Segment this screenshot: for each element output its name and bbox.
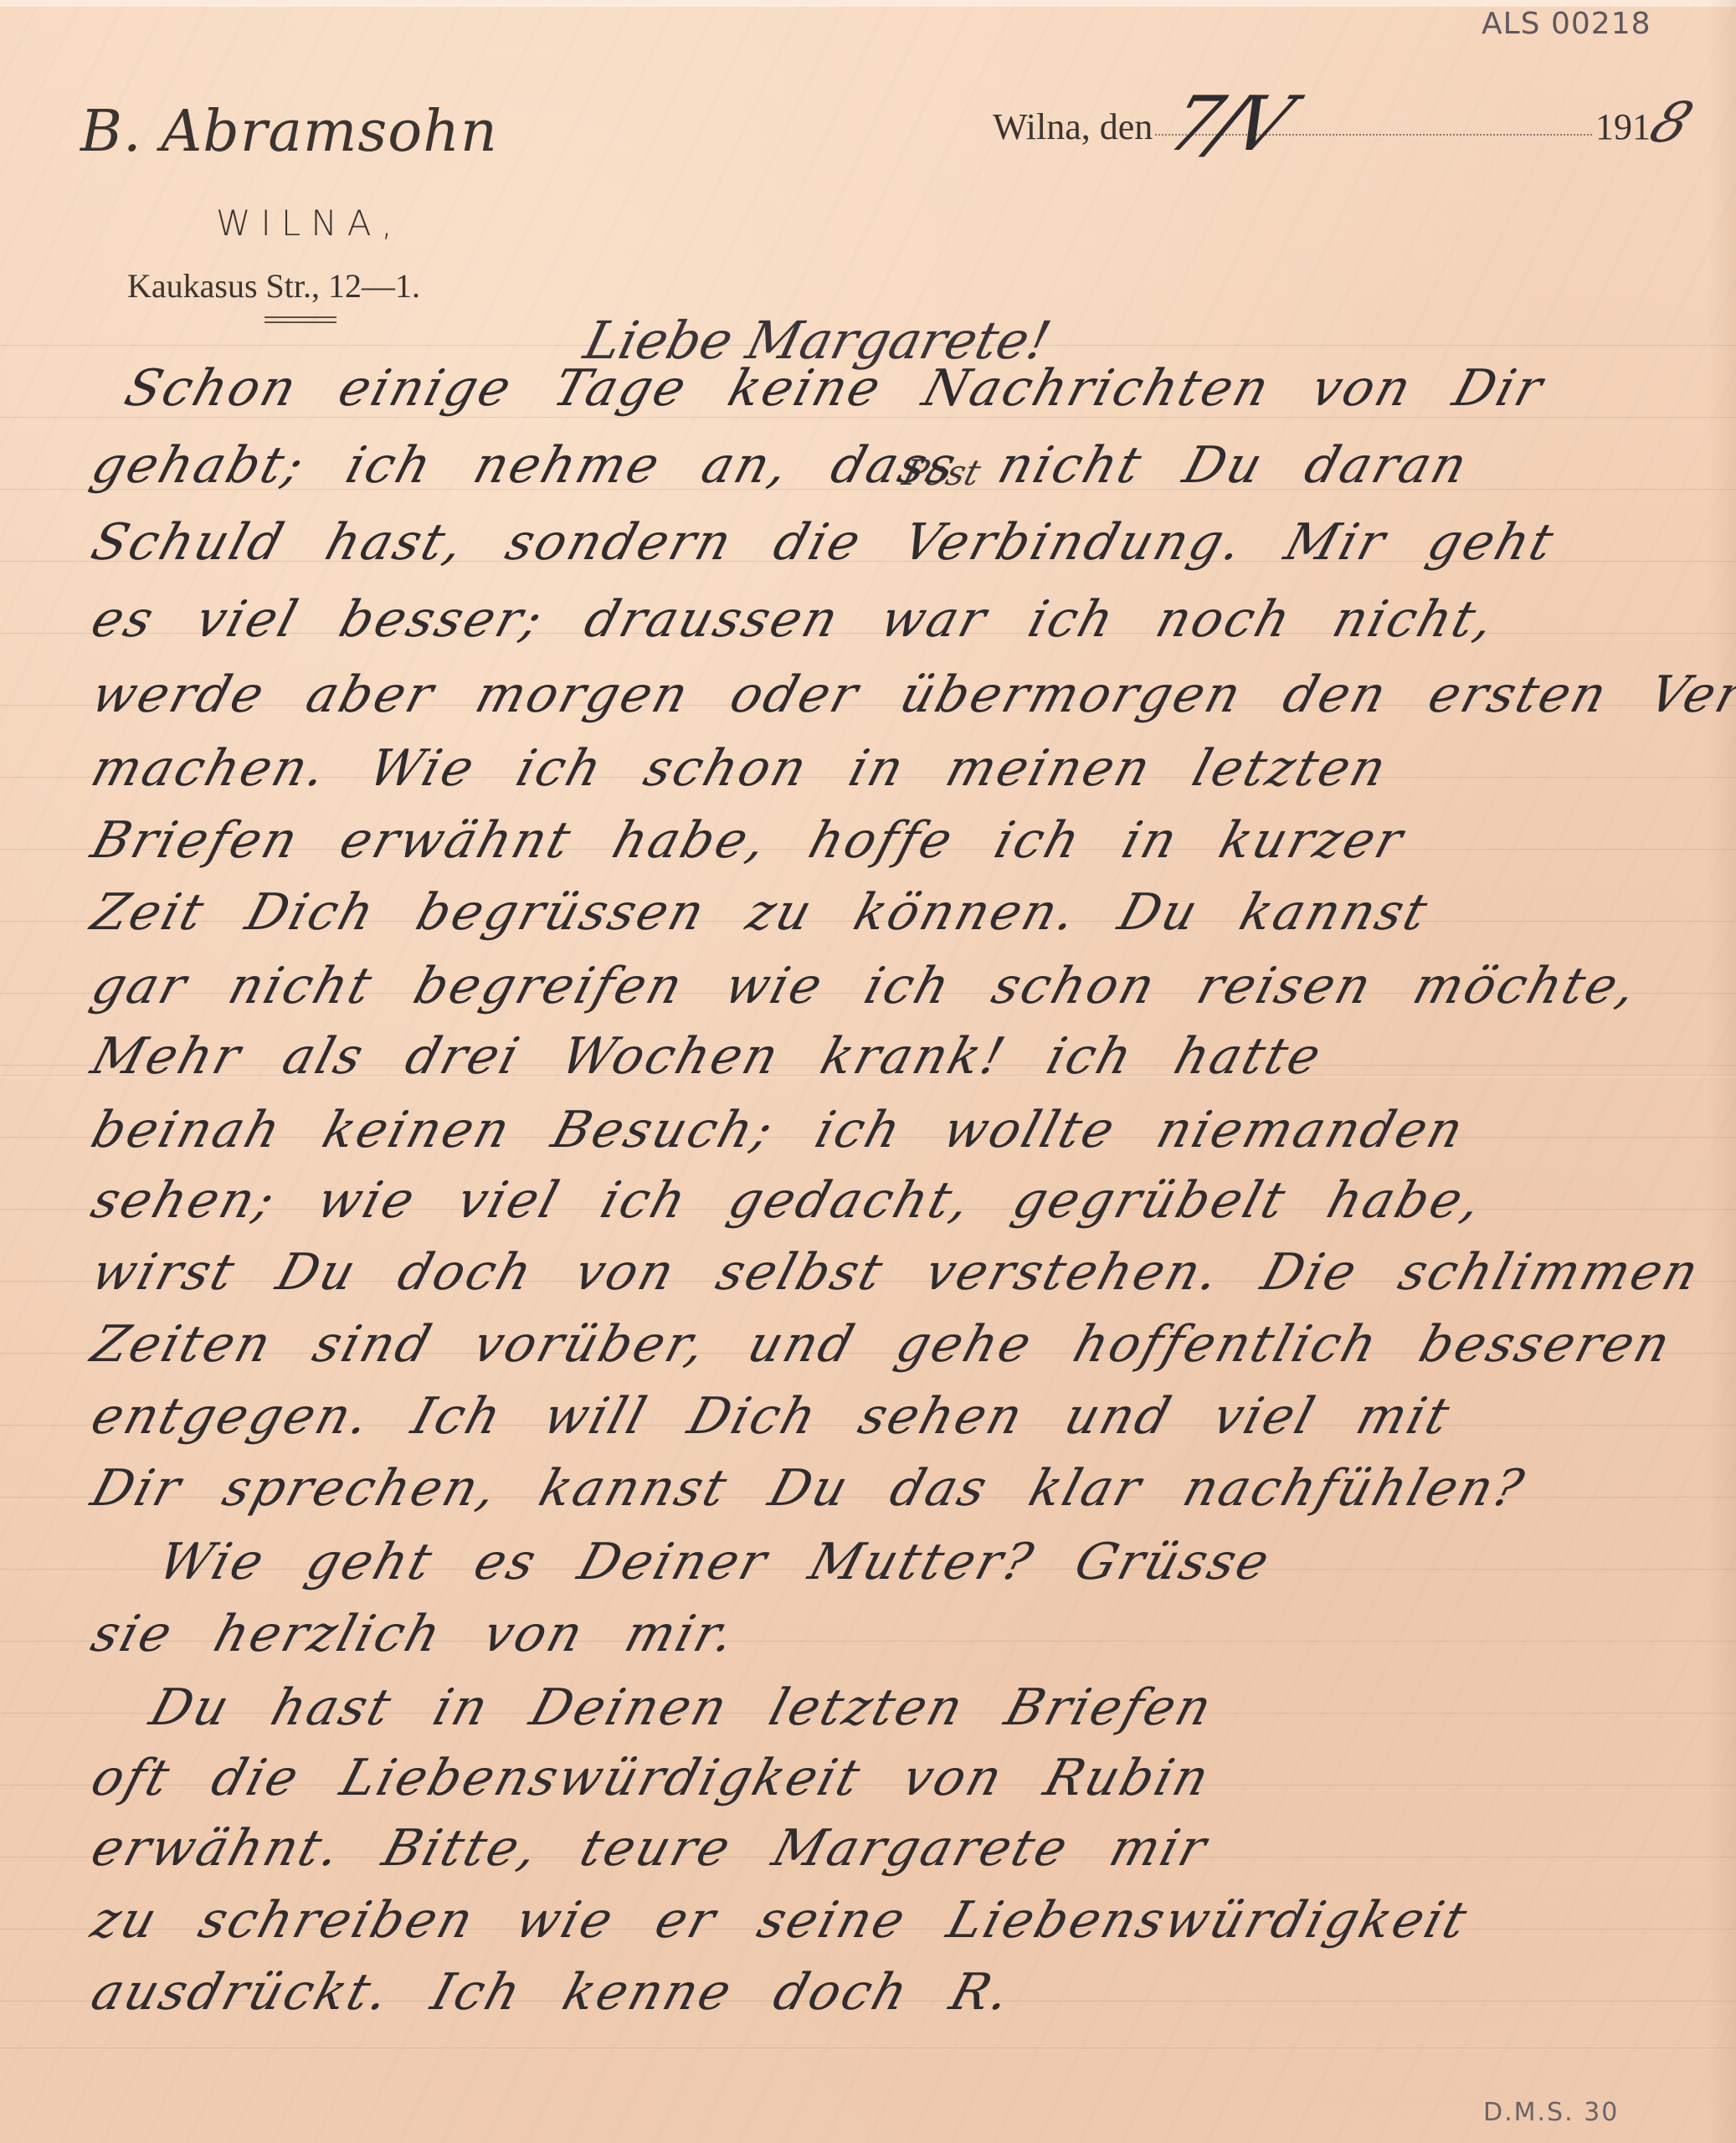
letter-line: gar nicht begreifen wie ich schon reisen…	[84, 953, 1710, 1020]
letter-line: erwähnt. Bitte, teure Margarete mir	[84, 1815, 1710, 1882]
letter-line: beinah keinen Besuch; ich wollte niemand…	[84, 1097, 1710, 1164]
letter-line: gehabt; ich nehme an, dass nicht Du dara…	[84, 432, 1710, 499]
letter-line: Mehr als drei Wochen krank! ich hatte	[84, 1023, 1710, 1090]
letter-line: Schon einige Tage keine Nachrichten von …	[117, 355, 1736, 422]
letter-line: Dir sprechen, kannst Du das klar nachfüh…	[84, 1455, 1710, 1522]
letterhead-divider	[265, 321, 336, 323]
letter-line: Zeiten sind vorüber, und gehe hoffentlic…	[84, 1311, 1710, 1378]
paper-right-edge	[1708, 0, 1736, 2143]
letter-line: oft die Liebenswürdigkeit von Rubin	[84, 1745, 1710, 1812]
letter-line: Briefen erwähnt habe, hoffe ich in kurze…	[84, 807, 1710, 874]
handwritten-date: 7/V	[1158, 80, 1299, 168]
letter-line: werde aber morgen oder übermorgen den er…	[84, 661, 1710, 728]
archive-reference-bottom: D.M.S. 30	[1483, 2098, 1619, 2127]
letterhead-name: B. Abramsohn	[80, 99, 498, 165]
letter-line: Wie geht es Deiner Mutter? Grüsse	[151, 1529, 1736, 1596]
letter-line: es viel besser; draussen war ich noch ni…	[84, 586, 1710, 653]
letter-line: sehen; wie viel ich gedacht, gegrübelt h…	[84, 1167, 1710, 1234]
letterhead-street: Kaukasus Str., 12—1.	[127, 266, 420, 306]
letter-line: Du hast in Deinen letzten Briefen	[142, 1674, 1736, 1741]
letter-line: entgegen. Ich will Dich sehen und viel m…	[84, 1383, 1710, 1450]
letterhead-city: WILNA,	[216, 203, 403, 244]
letterhead-divider	[265, 316, 336, 318]
dateline-year-prefix: 191	[1595, 105, 1651, 148]
letter-line: Zeit Dich begrüssen zu können. Du kannst	[84, 879, 1710, 946]
letter-page: ALS 00218 D.M.S. 30 B. Abramsohn WILNA, …	[0, 0, 1736, 2143]
letter-line: wirst Du doch von selbst verstehen. Die …	[84, 1239, 1710, 1306]
dateline-prefix: Wilna, den	[993, 105, 1153, 148]
paper-top-edge	[0, 0, 1736, 7]
letter-line: zu schreiben wie er seine Liebenswürdigk…	[84, 1887, 1710, 1954]
letter-line: machen. Wie ich schon in meinen letzten	[84, 735, 1710, 802]
letter-line: ausdrückt. Ich kenne doch R.	[84, 1959, 1710, 2026]
letter-line: Schuld hast, sondern die Verbindung. Mir…	[84, 509, 1710, 576]
letter-line: sie herzlich von mir.	[84, 1601, 1710, 1668]
ruled-line	[0, 2048, 1736, 2048]
archive-reference-top: ALS 00218	[1482, 7, 1651, 41]
